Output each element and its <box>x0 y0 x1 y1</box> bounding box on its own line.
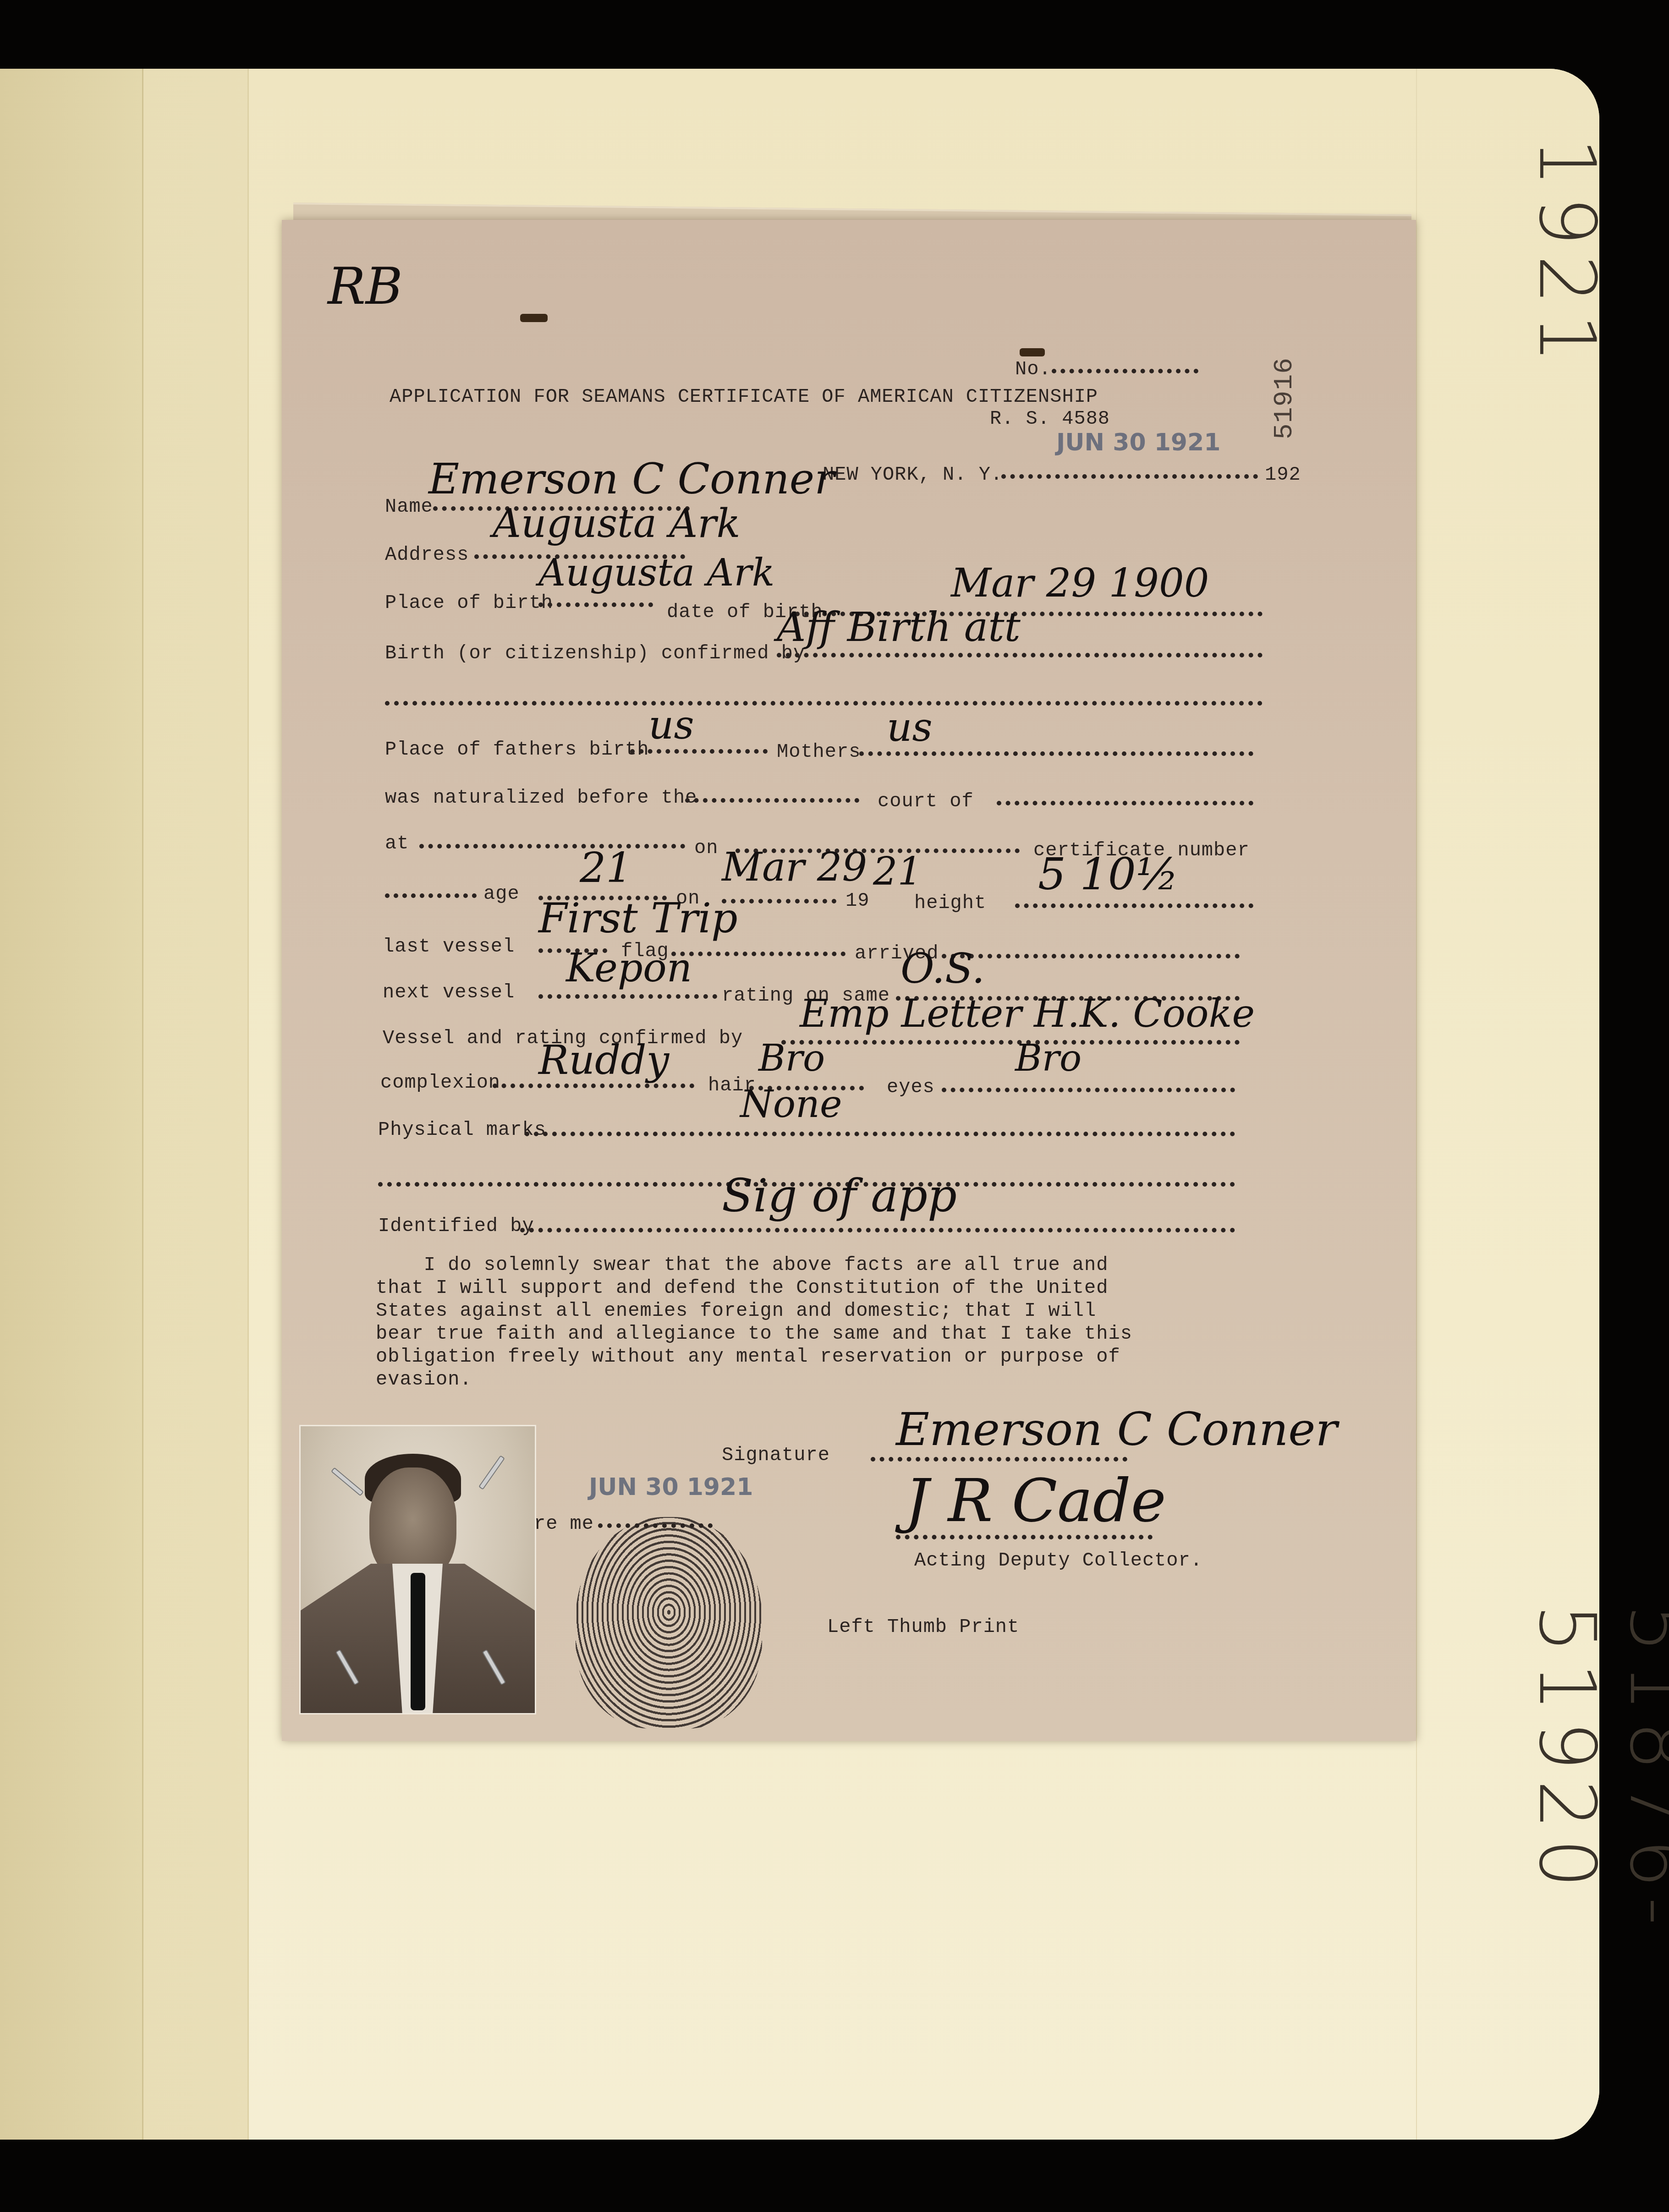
collector-signature: J R Cade <box>905 1471 1166 1530</box>
height-label: height <box>914 893 986 913</box>
left-thumb-print <box>576 1517 762 1729</box>
place-of-birth-label: Place of birth <box>385 593 553 613</box>
height-value: 5 10½ <box>1038 852 1179 896</box>
place-of-birth-value: Augusta Ark <box>538 554 774 592</box>
folder-crease <box>247 69 249 2140</box>
serial-number: 51916 <box>1272 357 1298 439</box>
oath-line: States against all enemies foreign and d… <box>376 1301 1132 1320</box>
last-vessel-value: First Trip <box>538 898 738 939</box>
collector-dots <box>896 1535 1153 1539</box>
complexion-value: Ruddy <box>538 1040 669 1080</box>
physical-marks-label: Physical marks <box>378 1120 546 1139</box>
identified-by-label: Identified by <box>378 1216 534 1236</box>
oath-line: bear true faith and allegiance to the sa… <box>376 1324 1132 1343</box>
oath-line: evasion. <box>376 1370 1132 1389</box>
signature-label: Signature <box>722 1445 830 1465</box>
number-dots <box>1052 369 1198 373</box>
flag-dots <box>671 952 845 956</box>
last-vessel-label: last vessel <box>383 937 515 956</box>
age-year-label: 19 <box>845 891 869 910</box>
year-prefix: 192 <box>1265 465 1301 484</box>
date-stamp: JUN 30 1921 <box>1056 431 1220 454</box>
age-year-value: 21 <box>873 852 922 891</box>
photo-tie <box>411 1573 425 1710</box>
signature-dots <box>871 1457 1127 1462</box>
name-label: Name <box>385 497 433 516</box>
place-of-birth-dots <box>538 602 653 607</box>
collector-title: Acting Deputy Collector. <box>914 1551 1202 1570</box>
next-vessel-dots <box>538 994 717 999</box>
vessel-confirmed-dots <box>781 1040 1240 1045</box>
folder-crease <box>142 69 143 2140</box>
age-label: age <box>483 884 520 903</box>
address-label: Address <box>385 545 469 564</box>
form-title: APPLICATION FOR SEAMANS CERTIFICATE OF A… <box>390 387 1098 406</box>
staple-hole <box>520 314 548 322</box>
mothers-dots <box>859 751 1253 756</box>
hair-value: Bro <box>758 1040 825 1077</box>
at-label: at <box>385 834 409 853</box>
blank-line <box>385 701 1263 706</box>
oath-text: I do solemnly swear that the above facts… <box>376 1255 1132 1389</box>
folder-range-annotation: 51876-51920 <box>1521 1604 1669 2212</box>
court-of-label: court of <box>878 792 974 811</box>
next-vessel-value: Kepon <box>566 948 692 988</box>
arrived-dots <box>942 954 1240 958</box>
identified-by-value: Sig of app <box>722 1173 957 1219</box>
birth-confirmed-label: Birth (or citizenship) confirmed by <box>385 644 805 663</box>
applicant-signature: Emerson C Conner <box>896 1407 1337 1452</box>
rating-value: O.S. <box>900 948 985 990</box>
mothers-value: us <box>887 708 933 747</box>
oath-line: that I will support and defend the Const… <box>376 1278 1132 1298</box>
next-vessel-label: next vessel <box>383 983 515 1002</box>
complexion-dots <box>493 1084 694 1088</box>
number-label: No. <box>1015 360 1051 379</box>
initials-mark: RB <box>328 261 403 312</box>
birth-confirmed-dots <box>777 653 1263 657</box>
birth-confirmed-value: Aff Birth att <box>777 607 1021 647</box>
height-dots <box>1015 903 1253 908</box>
folder-tab-line <box>1416 69 1417 2140</box>
staple-pin <box>331 1467 364 1496</box>
folder-year-annotation: 1921 <box>1521 137 1612 372</box>
applicant-photo <box>299 1425 536 1714</box>
sworn-stamp: JUN 30 1921 <box>589 1475 753 1499</box>
fathers-birth-dots <box>630 749 768 754</box>
address-value: Augusta Ark <box>493 504 741 543</box>
at-dots <box>419 844 685 849</box>
age-on-dots <box>722 899 836 903</box>
statute-reference: R. S. 4588 <box>990 409 1110 428</box>
place-label: NEW YORK, N. Y. <box>823 465 1003 484</box>
eyes-label: eyes <box>887 1078 935 1097</box>
place-dots <box>1001 474 1258 479</box>
staple-pin <box>478 1455 505 1490</box>
folder-left-panel <box>0 69 142 2140</box>
oath-line: I do solemnly swear that the above facts… <box>376 1255 1132 1275</box>
mothers-label: Mothers <box>777 742 861 761</box>
vessel-confirmed-value: Emp Letter H.K. Cooke <box>800 994 1255 1033</box>
eyes-value: Bro <box>1015 1040 1082 1077</box>
identified-by-dots <box>520 1228 1235 1232</box>
thumb-print-label: Left Thumb Print <box>827 1617 1019 1637</box>
physical-marks-dots <box>525 1132 1235 1136</box>
court-of-dots <box>997 801 1253 805</box>
age-leading-dots <box>385 893 477 898</box>
fathers-birth-label: Place of fathers birth <box>385 740 649 759</box>
sworn-label: re me <box>534 1514 594 1533</box>
naturalized-label: was naturalized before the <box>385 788 697 807</box>
date-of-birth-value: Mar 29 1900 <box>951 564 1209 603</box>
on-label: on <box>694 838 718 858</box>
name-value: Emerson C Conner <box>428 458 834 500</box>
eyes-dots <box>942 1088 1235 1092</box>
oath-line: obligation freely without any mental res… <box>376 1347 1132 1366</box>
fathers-birth-value: us <box>648 706 694 745</box>
age-on-value: Mar 29 <box>722 848 867 887</box>
physical-marks-value: None <box>740 1086 842 1123</box>
age-value: 21 <box>580 848 632 889</box>
staple-hole <box>1020 348 1045 356</box>
naturalized-dots <box>685 798 859 803</box>
complexion-label: complexion <box>380 1073 500 1092</box>
